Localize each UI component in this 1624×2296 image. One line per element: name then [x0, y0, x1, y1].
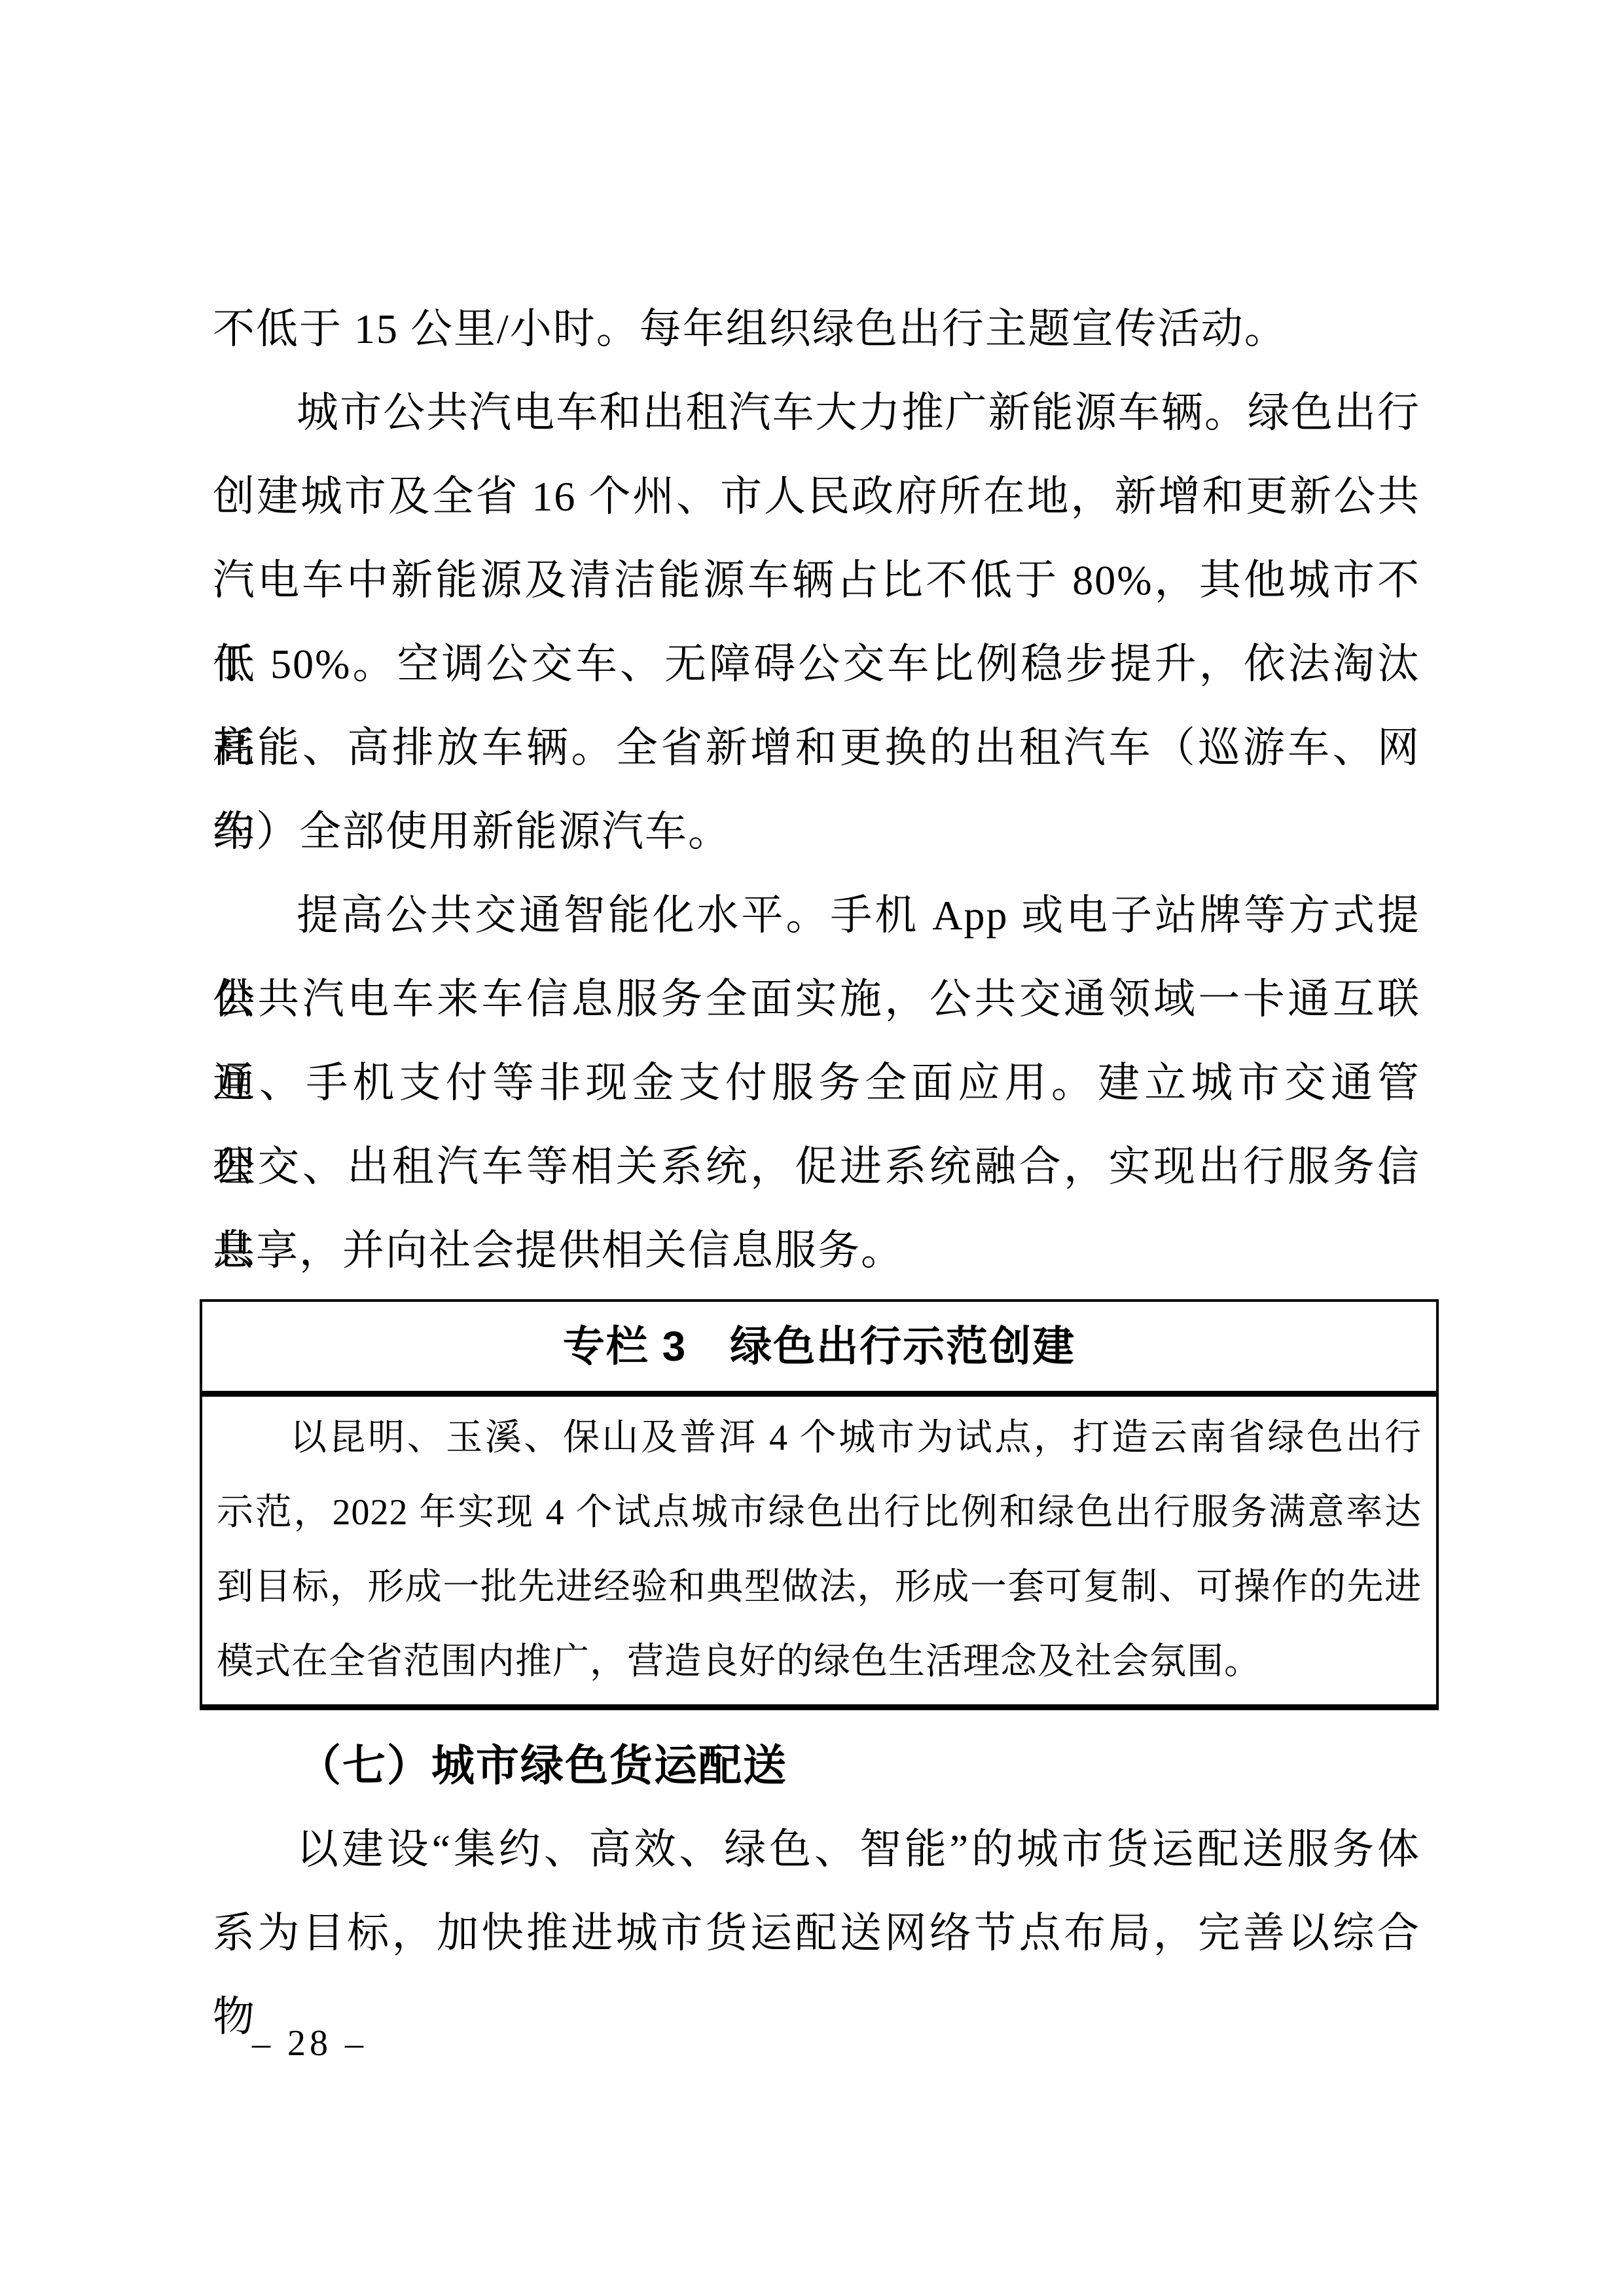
- body-text-line: 汽电车中新能源及清洁能源车辆占比不低于 80%，其他城市不低: [213, 539, 1420, 622]
- body-text-line: 车）全部使用新能源汽车。: [213, 790, 1420, 874]
- callout-box-body: 以昆明、玉溪、保山及普洱 4 个城市为试点，打造云南省绿色出行示范，2022 年…: [202, 1397, 1436, 1704]
- body-text-line: 于 50%。空调公交车、无障碍公交车比例稳步提升，依法淘汰高: [213, 622, 1420, 706]
- body-text-line: 耗能、高排放车辆。全省新增和更换的出租汽车（巡游车、网约: [213, 706, 1420, 790]
- section-heading: （七）城市绿色货运配送: [213, 1727, 1420, 1806]
- document-page: 不低于 15 公里/小时。每年组织绿色出行主题宣传活动。城市公共汽电车和出租汽车…: [0, 0, 1624, 2296]
- callout-box: 专栏 3 绿色出行示范创建 以昆明、玉溪、保山及普洱 4 个城市为试点，打造云南…: [200, 1299, 1439, 1710]
- callout-box-text-line: 模式在全省范围内推广，营造良好的绿色生活理念及社会氛围。: [217, 1624, 1422, 1699]
- callout-box-text-line: 到目标，形成一批先进经验和典型做法，形成一套可复制、可操作的先进: [217, 1550, 1422, 1624]
- body-text-line: 提高公共交通智能化水平。手机 App 或电子站牌等方式提供: [213, 874, 1420, 958]
- section-text-block: 以建设“集约、高效、绿色、智能”的城市货运配送服务体系为目标，加快推进城市货运配…: [213, 1808, 1420, 1975]
- main-text-block: 不低于 15 公里/小时。每年组织绿色出行主题宣传活动。城市公共汽电车和出租汽车…: [213, 287, 1420, 1293]
- page-number: – 28 –: [252, 2017, 367, 2070]
- body-text-line: 城市公共汽电车和出租汽车大力推广新能源车辆。绿色出行: [213, 371, 1420, 455]
- callout-box-text-line: 以昆明、玉溪、保山及普洱 4 个城市为试点，打造云南省绿色出行: [217, 1401, 1422, 1475]
- callout-box-text-line: 示范，2022 年实现 4 个试点城市绿色出行比例和绿色出行服务满意率达: [217, 1475, 1422, 1550]
- body-text-line: 共享，并向社会提供相关信息服务。: [213, 1209, 1420, 1293]
- body-text-line: 系为目标，加快推进城市货运配送网络节点布局，完善以综合物: [213, 1892, 1420, 1975]
- body-text-line: 公交、出租汽车等相关系统，促进系统融合，实现出行服务信息: [213, 1125, 1420, 1209]
- body-text-line: 创建城市及全省 16 个州、市人民政府所在地，新增和更新公共: [213, 455, 1420, 539]
- callout-box-title: 专栏 3 绿色出行示范创建: [202, 1302, 1436, 1397]
- body-text-line: 以建设“集约、高效、绿色、智能”的城市货运配送服务体: [213, 1808, 1420, 1892]
- body-text-line: 公共汽电车来车信息服务全面实施，公共交通领域一卡通互联互: [213, 958, 1420, 1041]
- body-text-line: 通、手机支付等非现金支付服务全面应用。建立城市交通管理、: [213, 1041, 1420, 1125]
- body-text-line: 不低于 15 公里/小时。每年组织绿色出行主题宣传活动。: [213, 287, 1420, 371]
